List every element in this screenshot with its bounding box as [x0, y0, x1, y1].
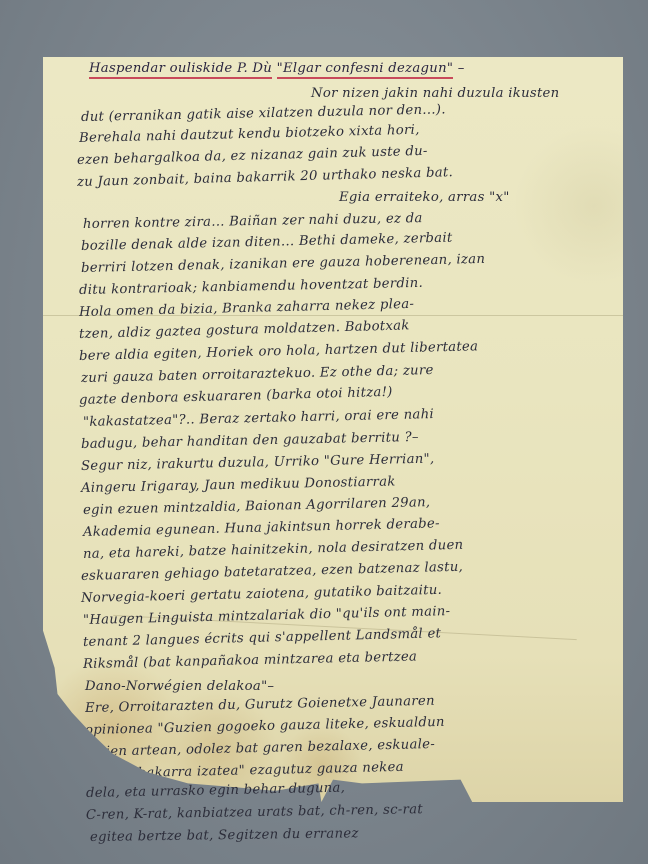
letter-line: dela, eta urrasko egin behar duguna, — [86, 781, 345, 801]
letter-line: C-ren, K-rat, kanbiatzea urats bat, ch-r… — [86, 802, 423, 823]
letter-line: egitea bertze bat, Segitzen du erranez — [90, 826, 359, 845]
letter-text-lower: dela, eta urrasko egin behar duguna, C-r… — [0, 0, 648, 864]
